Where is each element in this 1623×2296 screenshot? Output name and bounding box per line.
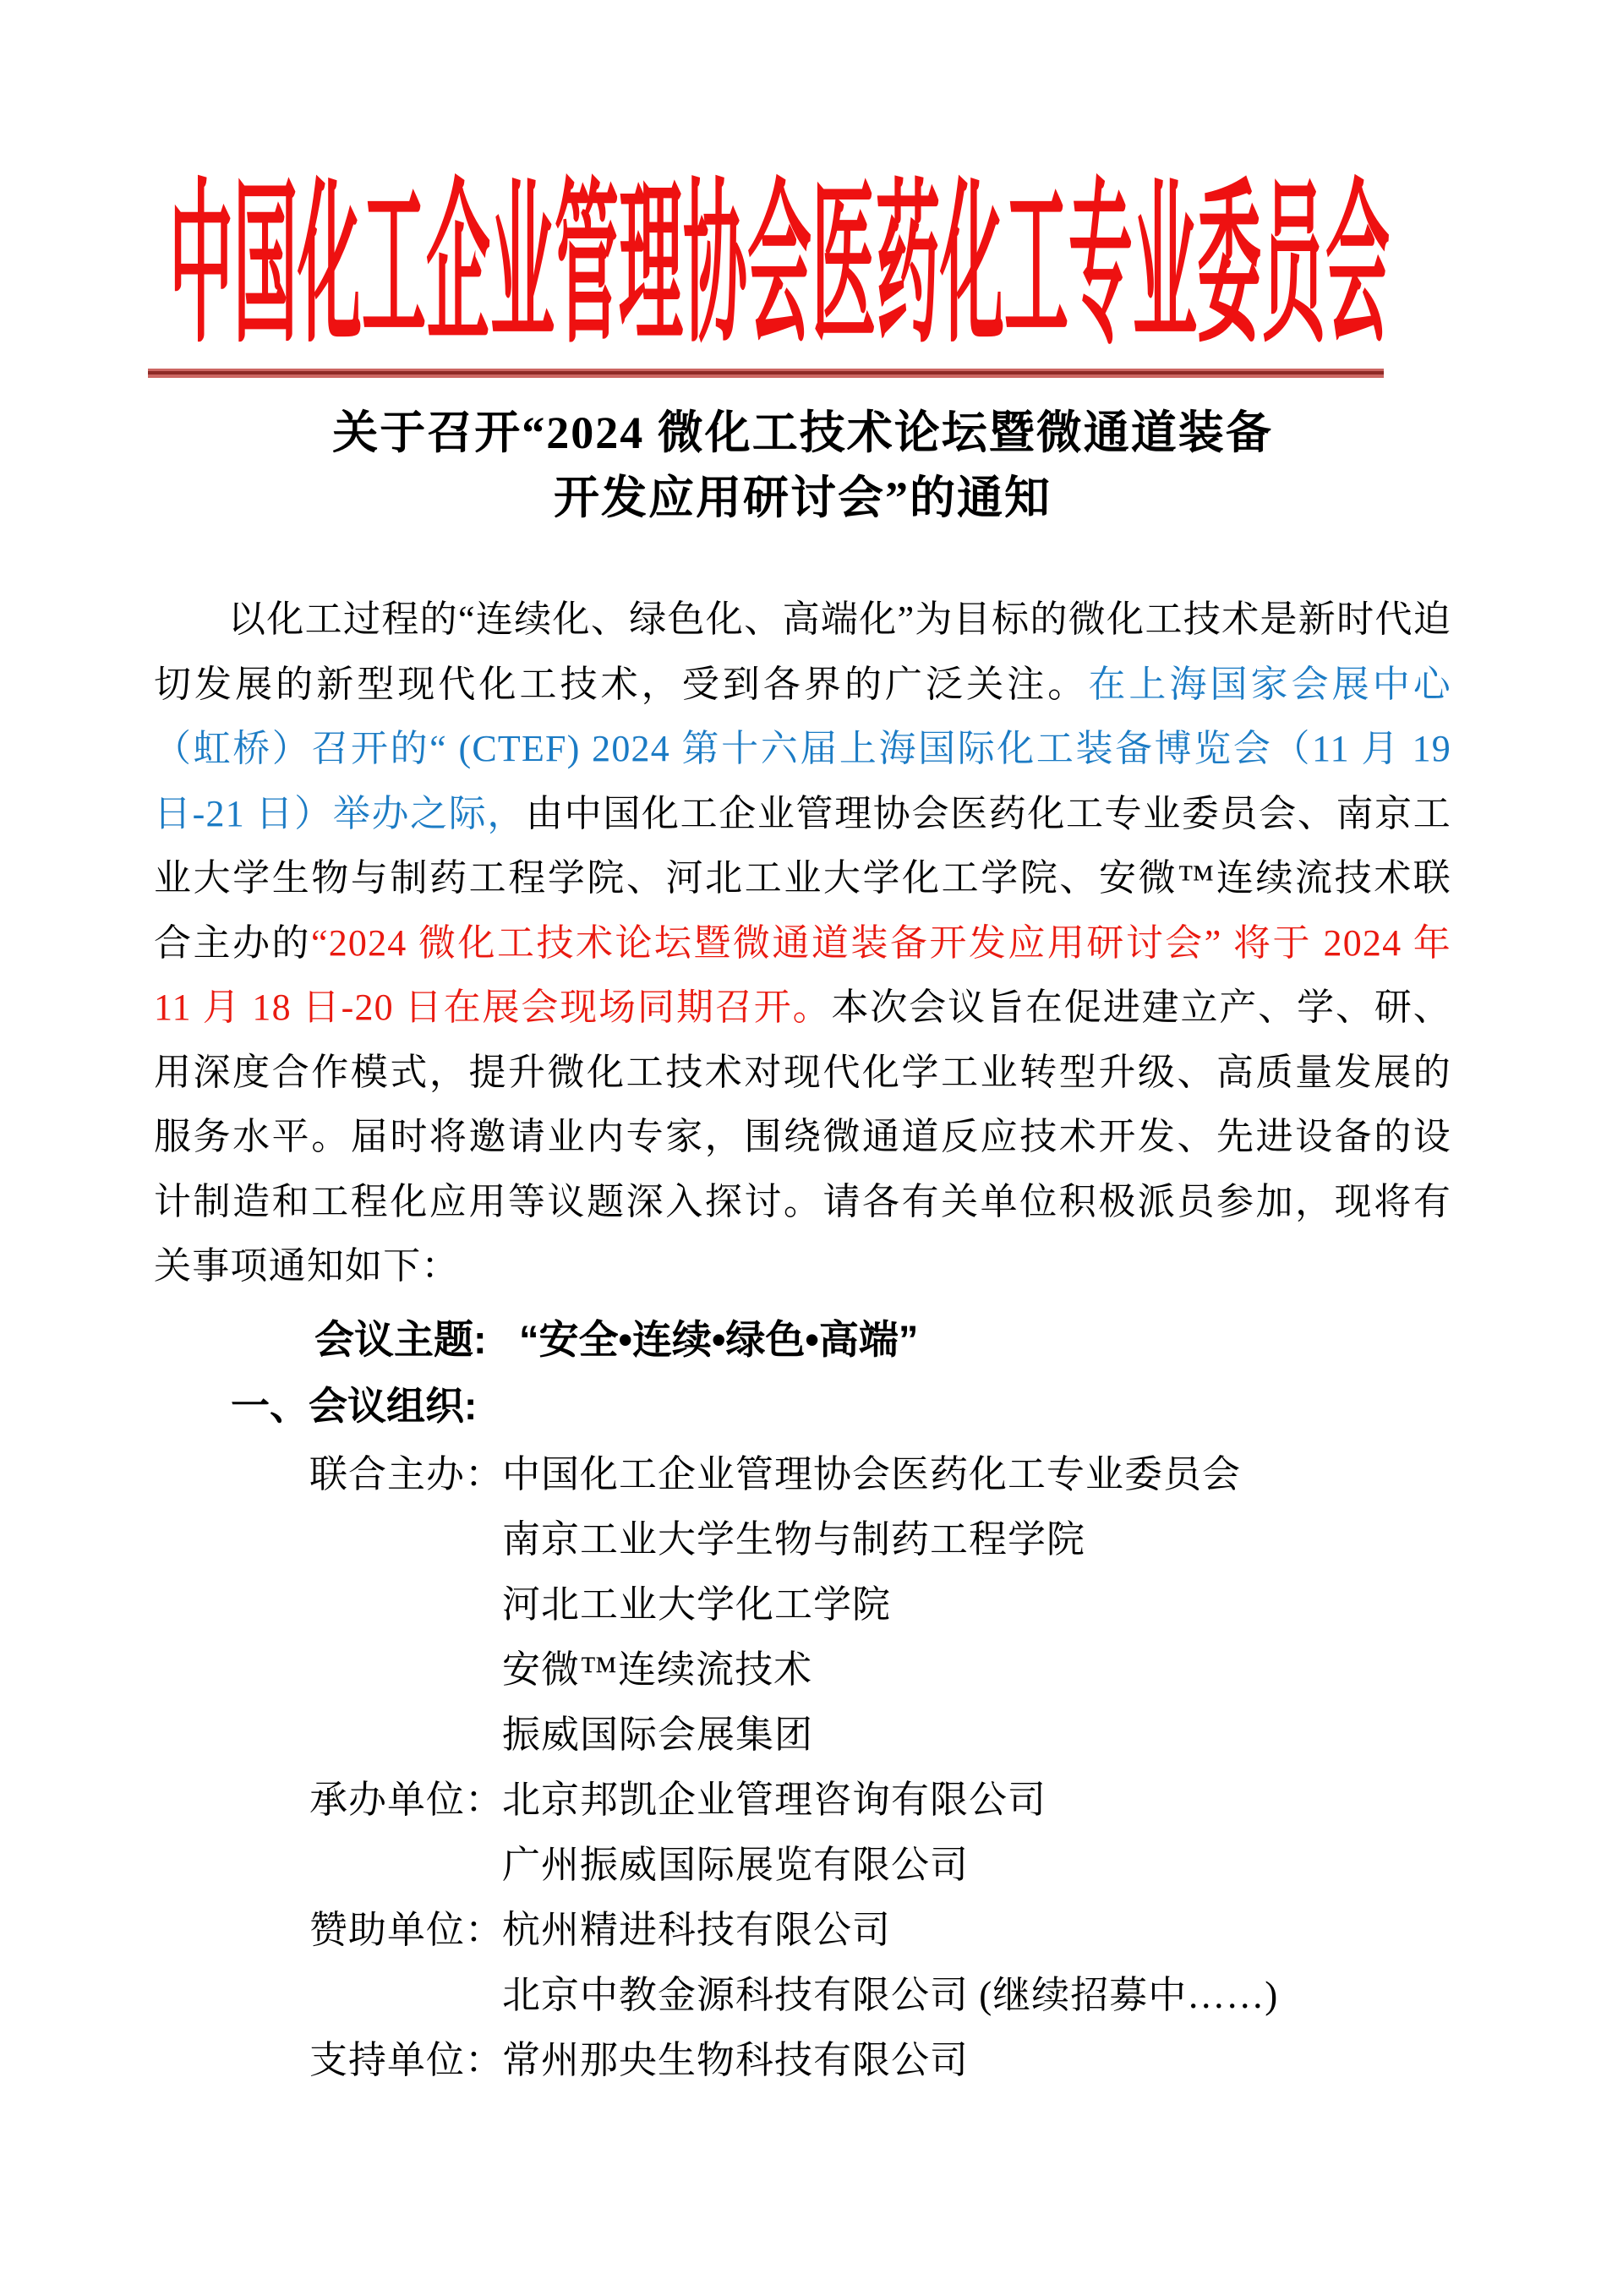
letterhead-divider (148, 369, 1384, 378)
org-row-label: 支持单位： (309, 2028, 502, 2093)
org-row-label: 承办单位： (309, 1768, 502, 1833)
body-segment-purpose: 本次会议旨在促进建立产、学、研、用深度合作模式，提升微化工技术对现代化学工业转型… (154, 987, 1451, 1287)
org-row: 广州振威国际展览有限公司 (309, 1833, 1278, 1898)
org-row: 赞助单位：杭州精进科技有限公司 (309, 1898, 1278, 1963)
org-row: 承办单位：北京邦凯企业管理咨询有限公司 (309, 1768, 1278, 1833)
org-row-label: 赞助单位： (309, 1898, 502, 1963)
conference-theme-value: “安全•连续•绿色•高端” (519, 1317, 918, 1362)
notice-title-line2: 开发应用研讨会”的通知 (154, 466, 1451, 531)
org-row-value: 安微™连续流技术 (502, 1648, 812, 1691)
section-heading-organization: 一、会议组织: (231, 1382, 477, 1430)
org-row: 联合主办：中国化工企业管理协会医药化工专业委员会 (309, 1442, 1278, 1507)
notice-title-line1: 关于召开“2024 微化工技术论坛暨微通道装备 (154, 401, 1451, 466)
org-row-value: 振威国际会展集团 (502, 1714, 813, 1756)
org-row-value: 南京工业大学生物与制药工程学院 (502, 1518, 1085, 1561)
org-row: 南京工业大学生物与制药工程学院 (309, 1507, 1278, 1572)
org-row-value: 广州振威国际展览有限公司 (502, 1844, 969, 1886)
org-row-value: 北京中教金源科技有限公司 (继续招募中……) (502, 1974, 1278, 2016)
org-row-label: 联合主办： (309, 1442, 502, 1507)
organization-list: 联合主办：中国化工企业管理协会医药化工专业委员会 南京工业大学生物与制药工程学院… (309, 1442, 1278, 2093)
letterhead-title: 中国化工企业管理协会医药化工专业委员会 (169, 179, 1390, 355)
org-row: 安微™连续流技术 (309, 1637, 1278, 1703)
org-row-value: 河北工业大学化工学院 (502, 1583, 891, 1626)
notice-document-page: 中国化工企业管理协会医药化工专业委员会 关于召开“2024 微化工技术论坛暨微通… (0, 0, 1623, 2296)
org-row: 北京中教金源科技有限公司 (继续招募中……) (309, 1963, 1278, 2028)
org-row-value: 中国化工企业管理协会医药化工专业委员会 (502, 1453, 1241, 1495)
conference-theme-label: 会议主题: (314, 1316, 519, 1364)
org-row: 支持单位：常州那央生物科技有限公司 (309, 2028, 1278, 2093)
notice-title: 关于召开“2024 微化工技术论坛暨微通道装备 开发应用研讨会”的通知 (154, 401, 1451, 531)
org-row-value: 杭州精进科技有限公司 (502, 1909, 891, 1951)
org-row: 河北工业大学化工学院 (309, 1572, 1278, 1637)
org-row-value: 北京邦凯企业管理咨询有限公司 (502, 1779, 1046, 1821)
notice-body-paragraph: 以化工过程的“连续化、绿色化、高端化”为目标的微化工技术是新时代迫切发展的新型现… (154, 588, 1451, 1299)
org-row: 振威国际会展集团 (309, 1703, 1278, 1768)
org-row-value: 常州那央生物科技有限公司 (502, 2039, 969, 2081)
conference-theme-line: 会议主题:“安全•连续•绿色•高端” (314, 1316, 918, 1364)
